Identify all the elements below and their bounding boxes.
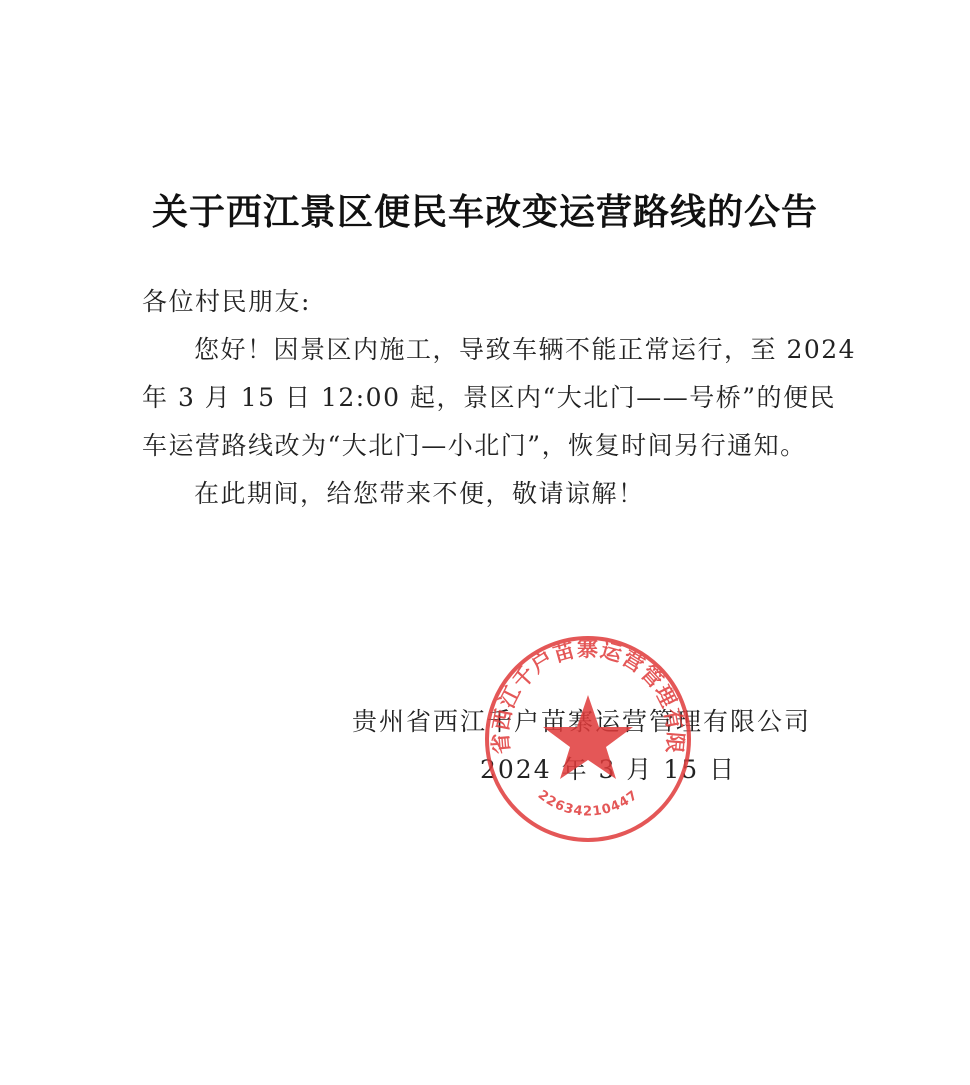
official-seal: 贵州省西江千户苗寨运营管理有限公司 5226342104478 — [482, 633, 694, 845]
body-paragraph: 您好！因景区内施工，导致车辆不能正常运行，至 2024 年 3 月 15 日 1… — [142, 326, 842, 470]
document-title: 关于西江景区便民车改变运营路线的公告 — [0, 184, 970, 235]
body-line: 年 3 月 15 日 12:00 起，景区内“大北门——号桥”的便民 — [142, 374, 842, 422]
body-line: 车运营路线改为“大北门—小北门”，恢复时间另行通知。 — [142, 422, 842, 470]
star-icon — [543, 695, 633, 779]
body-line: 您好！因景区内施工，导致车辆不能正常运行，至 2024 — [142, 326, 842, 374]
closing-line: 在此期间，给您带来不便，敬请谅解！ — [194, 470, 645, 518]
greeting: 各位村民朋友: — [142, 278, 311, 326]
